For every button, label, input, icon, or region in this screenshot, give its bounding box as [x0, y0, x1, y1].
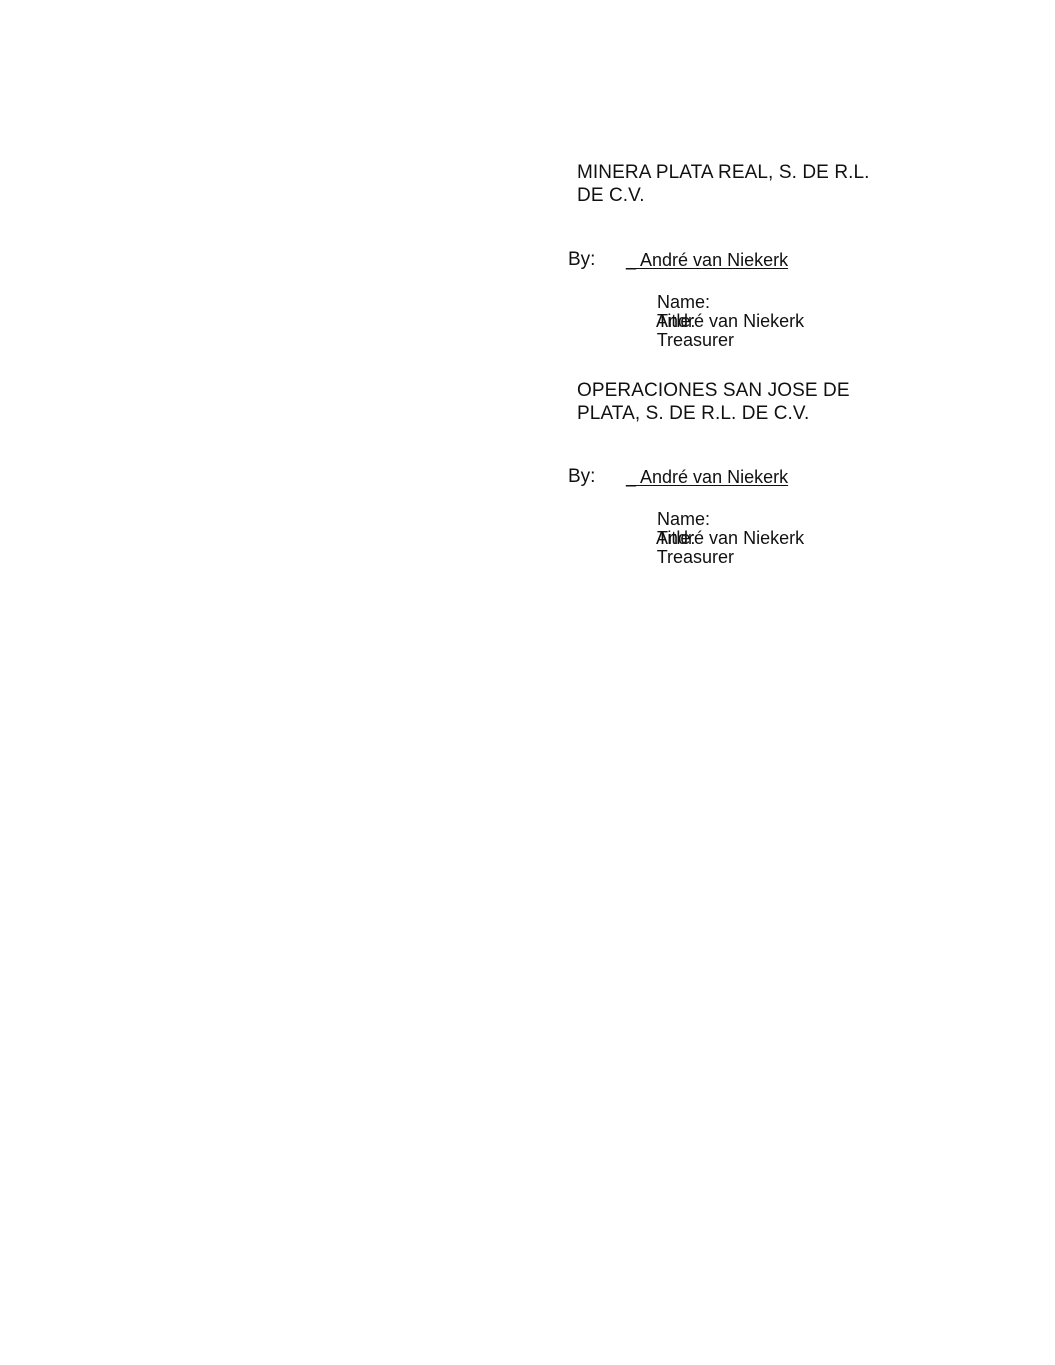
- company-name-line-1: OPERACIONES SAN JOSE DE: [577, 379, 907, 402]
- signer-title: Title: Treasurer: [637, 510, 734, 586]
- signer-title: Title: Treasurer: [637, 293, 734, 369]
- title-value: Treasurer: [657, 330, 734, 350]
- company-name-line-2: PLATA, S. DE R.L. DE C.V.: [577, 402, 907, 425]
- title-label: Title:: [657, 312, 715, 331]
- by-label: By:: [568, 466, 595, 488]
- signature-line: _ André van Niekerk: [626, 249, 788, 271]
- company-name-line-2: DE C.V.: [577, 184, 907, 207]
- company-name: MINERA PLATA REAL, S. DE R.L. DE C.V.: [577, 161, 907, 207]
- by-label: By:: [568, 249, 595, 271]
- company-name: OPERACIONES SAN JOSE DE PLATA, S. DE R.L…: [577, 379, 907, 425]
- title-value: Treasurer: [657, 547, 734, 567]
- company-name-line-1: MINERA PLATA REAL, S. DE R.L.: [577, 161, 907, 184]
- title-label: Title:: [657, 529, 715, 548]
- signature-line: _ André van Niekerk: [626, 466, 788, 488]
